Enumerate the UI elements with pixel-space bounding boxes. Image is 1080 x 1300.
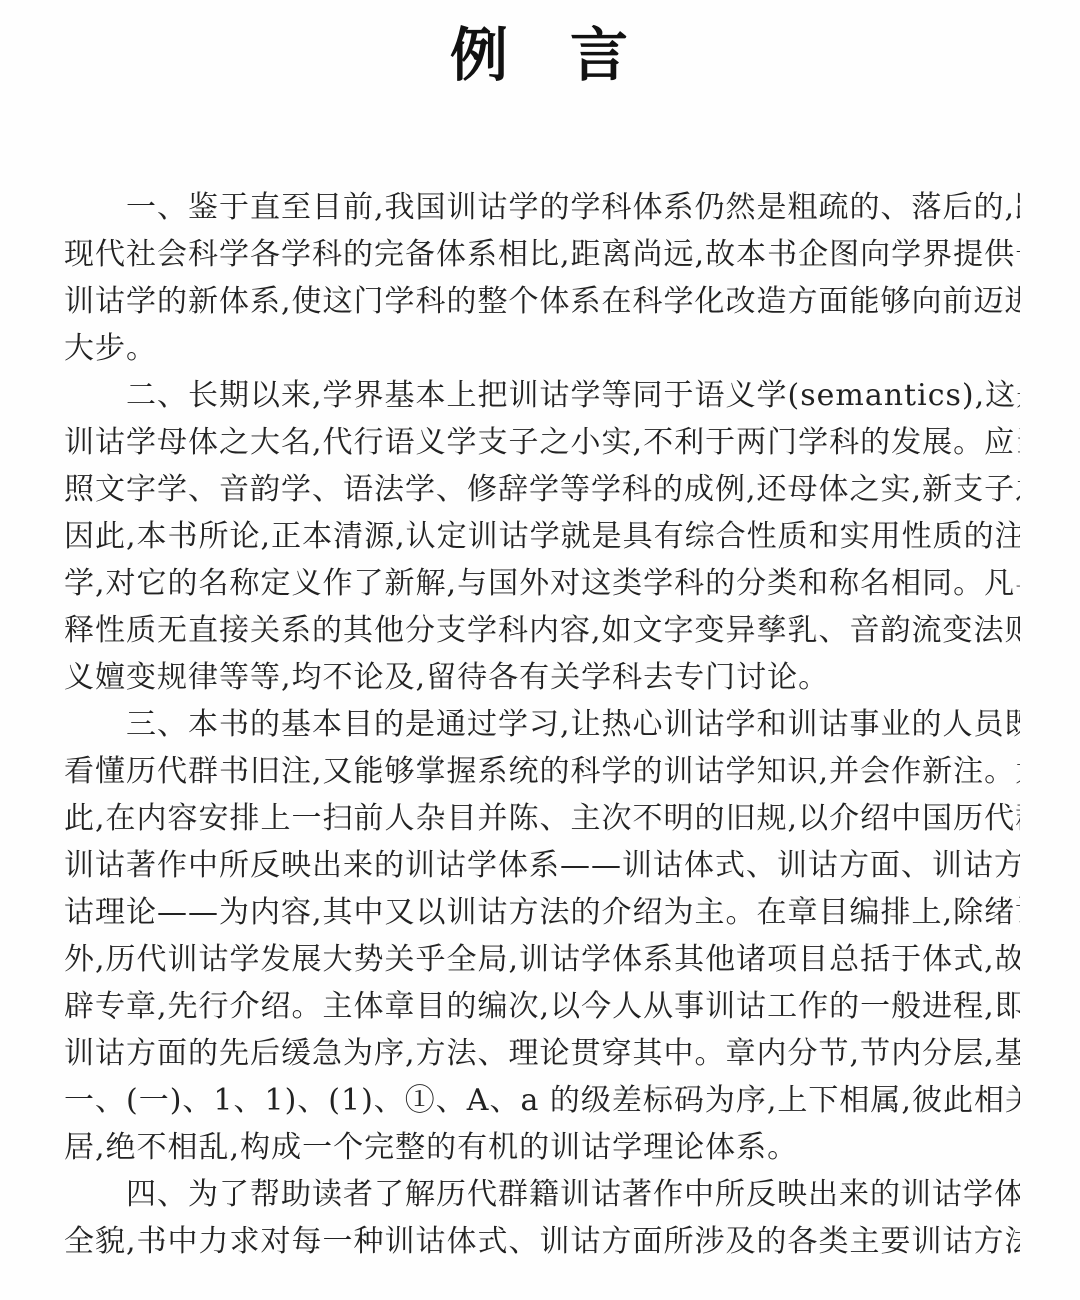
emphasized-text: 语义学 — [695, 378, 788, 413]
document-page: 例 言 一、鉴于直至目前,我国训诂学的学科体系仍然是粗疏的、落后的,跟其他现代社… — [0, 0, 1080, 1300]
text-line: 训诂学母体之大名,代行语义学支子之小实,不利于两门学科的发展。应当依 — [64, 419, 1020, 466]
text-line: 一、(一)、1、1)、(1)、①、A、a 的级差标码为序,上下相属,彼此相关,各… — [64, 1077, 1020, 1124]
text-line: 外,历代训诂学发展大势关乎全局,训诂学体系其他诸项目总括于体式,故各 — [64, 936, 1020, 983]
paragraph: 三、本书的基本目的是通过学习,让热心训诂学和训诂事业的人员既能够看懂历代群书旧注… — [64, 701, 1020, 1171]
page-body: 一、鉴于直至目前,我国训诂学的学科体系仍然是粗疏的、落后的,跟其他现代社会科学各… — [64, 184, 1020, 1265]
text-line: 四、为了帮助读者了解历代群籍训诂著作中所反映出来的训诂学体系的 — [64, 1171, 1020, 1218]
text-line: 辟专章,先行介绍。主体章目的编次,以今人从事训诂工作的一般进程,即以 — [64, 983, 1020, 1030]
text-line: 照文字学、音韵学、语法学、修辞学等学科的成例,还母体之实,新支子之名。 — [64, 466, 1020, 513]
text-line: 此,在内容安排上一扫前人杂目并陈、主次不明的旧规,以介绍中国历代群籍 — [64, 795, 1020, 842]
text-line: 训诂方面的先后缓急为序,方法、理论贯穿其中。章内分节,节内分层,基本以 — [64, 1030, 1020, 1077]
page-title: 例 言 — [0, 22, 1080, 88]
paragraph: 一、鉴于直至目前,我国训诂学的学科体系仍然是粗疏的、落后的,跟其他现代社会科学各… — [64, 184, 1020, 372]
paragraph: 二、长期以来,学界基本上把训诂学等同于语义学(semantics),这是借用训诂… — [64, 372, 1020, 701]
text-line: 看懂历代群书旧注,又能够掌握系统的科学的训诂学知识,并会作新注。为 — [64, 748, 1020, 795]
emphasized-text: 注释 — [995, 519, 1020, 554]
text-line: 训诂著作中所反映出来的训诂学体系——训诂体式、训诂方面、训诂方法、训 — [64, 842, 1020, 889]
text-line: 因此,本书所论,正本清源,认定训诂学就是具有综合性质和实用性质的注释 — [64, 513, 1020, 560]
emphasized-text: 训诂学 — [468, 519, 561, 554]
text-line: 学,对它的名称定义作了新解,与国外对这类学科的分类和称名相同。凡与注 — [64, 560, 1020, 607]
text-line: 释性质无直接关系的其他分支学科内容,如文字变异孳乳、音韵流变法则及词 — [64, 607, 1020, 654]
emphasized-text: 训诂学 — [509, 378, 602, 413]
text-line: 二、长期以来,学界基本上把训诂学等同于语义学(semantics),这是借用 — [64, 372, 1020, 419]
text-line: 全貌,书中力求对每一种训诂体式、训诂方面所涉及的各类主要训诂方法都加 — [64, 1218, 1020, 1265]
text-line: 一、鉴于直至目前,我国训诂学的学科体系仍然是粗疏的、落后的,跟其他 — [64, 184, 1020, 231]
text-line: 居,绝不相乱,构成一个完整的有机的训诂学理论体系。 — [64, 1124, 1020, 1171]
text-line: 三、本书的基本目的是通过学习,让热心训诂学和训诂事业的人员既能够 — [64, 701, 1020, 748]
text-line: 现代社会科学各学科的完备体系相比,距离尚远,故本书企图向学界提供一个 — [64, 231, 1020, 278]
emphasized-text: 学 — [64, 566, 95, 601]
text-line: 义嬗变规律等等,均不论及,留待各有关学科去专门讨论。 — [64, 654, 1020, 701]
text-line: 大步。 — [64, 325, 1020, 372]
text-line: 训诂学的新体系,使这门学科的整个体系在科学化改造方面能够向前迈进一 — [64, 278, 1020, 325]
paragraph: 四、为了帮助读者了解历代群籍训诂著作中所反映出来的训诂学体系的全貌,书中力求对每… — [64, 1171, 1020, 1265]
text-line: 诂理论——为内容,其中又以训诂方法的介绍为主。在章目编排上,除绪论 — [64, 889, 1020, 936]
